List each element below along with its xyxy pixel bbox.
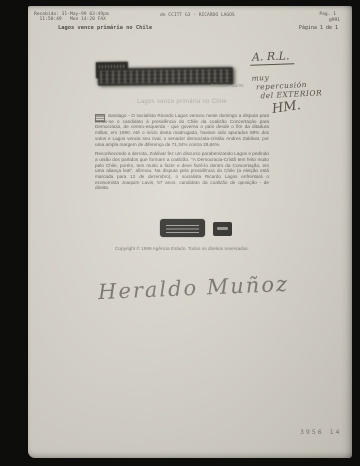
handwritten-note-initials: HM. <box>271 98 302 117</box>
handwritten-note: muy repercusión del EXTERIOR <box>251 70 322 101</box>
scanned-fax-page: Recebido: 31-May-99 03:49pm 11:50:49 Mon… <box>0 0 360 466</box>
printed-button-small <box>213 222 232 236</box>
article-paragraph-1: Santiago - O socialista Ricardo Lagos ve… <box>95 113 269 147</box>
fax-sender: de CCITT G3 - RICARDO LAGOS <box>160 13 235 18</box>
fax-page-number: Pag. 1 <box>319 12 336 17</box>
fax-page-code: @991 <box>329 18 340 23</box>
printed-button-large <box>160 219 205 237</box>
masthead-caption: Primeira - 31/05 <box>211 83 244 88</box>
handwritten-initials: A. R.L. <box>250 49 294 66</box>
article-paragraph-2: Reconhecendo a derrota, Zaldivar fez um … <box>95 151 269 191</box>
fax-subject: Lagos vence primária no Chile <box>58 25 152 31</box>
article-headline: Lagos vence primária no Chile <box>95 99 269 105</box>
handwritten-signature: Heraldo Muñoz <box>98 272 290 304</box>
paper-sheet: Recebido: 31-May-99 03:49pm 11:50:49 Mon… <box>28 6 352 458</box>
fax-received-line2: 11:50:49 Mon 14:20 FAX <box>34 17 106 22</box>
document-number-stamp: 3956 14 <box>300 428 341 436</box>
fax-page-of: Página 1 de 1 <box>299 25 338 31</box>
fax-received-timestamp: Recebido: 31-May-99 03:49pm 11:50:49 Mon… <box>34 12 109 23</box>
copyright-line: Copyright © 1999 Agência Estado. Todos o… <box>95 246 269 251</box>
article-body: Santiago - O socialista Ricardo Lagos ve… <box>95 113 269 191</box>
